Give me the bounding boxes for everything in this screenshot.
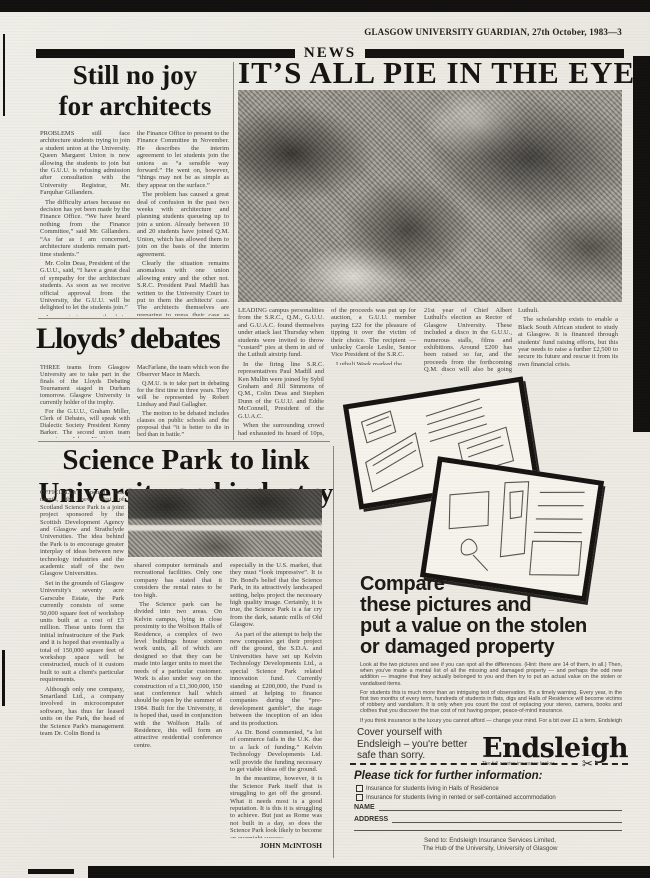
pie-column-4: Luthuli.The scholarship exists to enable… (518, 307, 618, 375)
coupon-option-rented-label: Insurance for students living in rented … (366, 795, 556, 801)
scan-edge-bottom (88, 866, 650, 878)
lloyds-column-2: MacFarlane, the team which won the Obser… (137, 364, 229, 438)
coupon-option-halls-label: Insurance for students living in Halls o… (366, 786, 499, 792)
coupon-extra-line (354, 829, 622, 831)
scan-mark-bottom-left (28, 869, 74, 874)
pie-headline: IT’S ALL PIE IN THE EYE (238, 56, 622, 89)
coupon-name-row: NAME (354, 803, 622, 811)
scan-mark-left-upper (3, 34, 5, 116)
coupon-address-row: ADDRESS (354, 815, 622, 823)
send-to-line1: Send to: Endsleigh Insurance Services Li… (366, 837, 614, 845)
science-column-3: especially in the U.S. market, that they… (230, 562, 322, 838)
architects-column-2: the Finance Office to present to the Fin… (137, 130, 229, 316)
endsleigh-wordmark: Endsleigh (482, 733, 628, 764)
ad-headline-line1: Compare (360, 574, 624, 595)
ad-body-copy: Look at the two pictures and see if you … (360, 662, 622, 724)
scan-mark-left-lower (2, 650, 5, 706)
name-label: NAME (354, 804, 375, 811)
ad-headline-line2: these pictures and (360, 595, 624, 616)
ad-headline-line4: or damaged property (360, 637, 624, 658)
ad-headline: Compare these pictures and put a value o… (360, 574, 624, 658)
lloyds-headline: Lloyds’ debates (36, 322, 250, 356)
lloyds-column-1: THREE teams from Glasgow University are … (40, 364, 130, 438)
architects-headline-line1: Still no joy (38, 60, 232, 91)
rule-lloyds-science (38, 441, 330, 442)
science-park-photo (128, 489, 322, 557)
science-column-1: OFFICIALLY opened last month, the new We… (40, 489, 124, 857)
coupon-send-to: Send to: Endsleigh Insurance Services Li… (366, 837, 614, 852)
masthead: GLASGOW UNIVERSITY GUARDIAN, 27th Octobe… (292, 27, 622, 37)
endsleigh-logo: Endsleigh The full service insurance bro… (477, 733, 627, 767)
science-column-2: shared computer terminals and recreation… (134, 562, 222, 856)
architects-column-1: PROBLEMS still face architecture student… (40, 130, 130, 316)
newspaper-page: GLASGOW UNIVERSITY GUARDIAN, 27th Octobe… (0, 0, 650, 878)
science-headline-line1: Science Park to link (36, 444, 336, 477)
name-write-line (379, 803, 622, 811)
coupon-prompt: Please tick for further information: (354, 770, 624, 782)
pie-column-3: 21st year of Chief Albert Luthuli's elec… (424, 307, 512, 375)
pie-column-1: LEADING campus personalities from the S.… (238, 307, 324, 437)
coupon-option-halls: Insurance for students living in Halls o… (356, 785, 622, 792)
pie-column-2: of the proceeds was put up for auction, … (331, 307, 416, 365)
ad-slogan: Cover yourself with Endsleigh – you're b… (357, 727, 473, 762)
column-rule-left (233, 62, 234, 440)
scan-edge-right (633, 56, 650, 432)
architects-headline: Still no joy for architects (38, 60, 232, 122)
pie-photo (238, 90, 622, 302)
address-write-line (392, 815, 622, 823)
address-label: ADDRESS (354, 816, 388, 823)
send-to-line2: The Hub of the University, University of… (366, 845, 614, 853)
coupon-option-rented: Insurance for students living in rented … (356, 794, 622, 801)
ad-headline-line3: put a value on the stolen (360, 616, 624, 637)
checkbox-icon (356, 794, 363, 801)
scan-edge-top (0, 0, 650, 12)
science-byline: JOHN McINTOSH (230, 841, 322, 850)
checkbox-icon (356, 785, 363, 792)
architects-headline-line2: for architects (38, 91, 232, 122)
rule-architects-lloyds (38, 318, 230, 319)
